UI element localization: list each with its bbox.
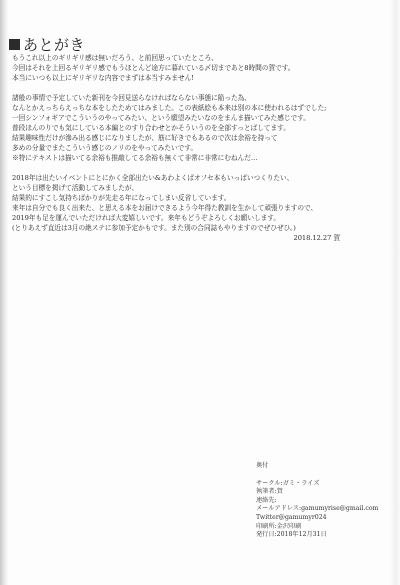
text-line: なんとかえっちらえっちな本をしたためてはみました。この表紙絵も本来は別の本に使わ… (12, 103, 372, 113)
text-line: 諸般の事情で予定していた新刊を今回見送らなければならない事態に陥った為、 (12, 93, 372, 103)
afterword-body: もうこれ以上のギリギリ感は無いだろう、と前回思っていたところ、 今回はそれを上回… (12, 53, 372, 243)
colophon-email: メールアドレス:gamumyrise@gmail.com (256, 505, 378, 514)
colophon-circle: サークル:ガミ・ライズ (256, 480, 378, 489)
signature-date: 2018.12.27 賀 (12, 233, 372, 243)
text-line: 今回はそれを上回るギリギリ感でもうほとんど途方に暮れている〆切まであと8時間の賀… (12, 63, 372, 73)
text-line: という目標を掲げて活動してみましたが、 (12, 183, 372, 193)
text-line: 結果趣味性だけが滲み出る感じになりましたが、筋に好きでもあるので次は余裕を持って (12, 133, 372, 143)
text-line: (とりあえず直近は3月の絶ステに参加予定かもです。また別の合同誌もやりますのでぜ… (12, 223, 372, 233)
text-line: 2018年は出たいイベントにとにかく全部出たい&あわよくばオフセ本もいっぱいつく… (12, 173, 372, 183)
paragraph-2: 諸般の事情で予定していた新刊を今回見送らなければならない事態に陥った為、 なんと… (12, 93, 372, 163)
page-edge (390, 0, 400, 585)
text-line: 2019年も足を運んでいただければ大変嬉しいです。来年もどうぞよろしくお願いしま… (12, 213, 372, 223)
colophon-publish-date: 発行日:2018年12月31日 (256, 531, 378, 540)
colophon-title: 奥付 (256, 462, 378, 471)
colophon-contact-label: 連絡先: (256, 497, 378, 506)
text-line: 普段ほんのりでも気にしている本編とのすり合わせとかそういうのを全部すっとばしてま… (12, 123, 372, 133)
colophon-twitter: Twitter@gamumyr024 (256, 514, 378, 523)
afterword-heading: あとがき (9, 34, 85, 55)
text-line: ※特にテキストは描いてる余裕も推敲してる余裕も無くて非常に非常にむねんだ… (12, 153, 372, 163)
text-line: 本当にいつも以上にギリギリな内容でまずは本当すみません! (12, 73, 372, 83)
colophon-author: 執筆者:賀 (256, 488, 378, 497)
text-line: もうこれ以上のギリギリ感は無いだろう、と前回思っていたところ、 (12, 53, 372, 63)
heading-text: あとがき (23, 34, 85, 55)
text-line: 多めの分量でまたこういう感じのノリのをやってみたいです。 (12, 143, 372, 153)
text-line: 来年は自分でも良く出来た、と思える本をお届けできるよう今年得た教訓を生かして頑張… (12, 203, 372, 213)
paragraph-3: 2018年は出たいイベントにとにかく全部出たい&あわよくばオフセ本もいっぱいつく… (12, 173, 372, 243)
text-line: 結果的にすこし気持ちばかりが先走る年になってしまい反省しています。 (12, 193, 372, 203)
colophon: 奥付 サークル:ガミ・ライズ 執筆者:賀 連絡先: メールアドレス:gamumy… (256, 462, 378, 540)
paragraph-1: もうこれ以上のギリギリ感は無いだろう、と前回思っていたところ、 今回はそれを上回… (12, 53, 372, 83)
text-line: 一回シンフォギアでこういうのやってみたい、という願望みたいなのをまんま描いてみた… (12, 113, 372, 123)
heading-marker-icon (9, 39, 20, 50)
book-gutter-shadow (0, 0, 8, 585)
colophon-printer: 印刷所:金沢印刷 (256, 523, 378, 532)
